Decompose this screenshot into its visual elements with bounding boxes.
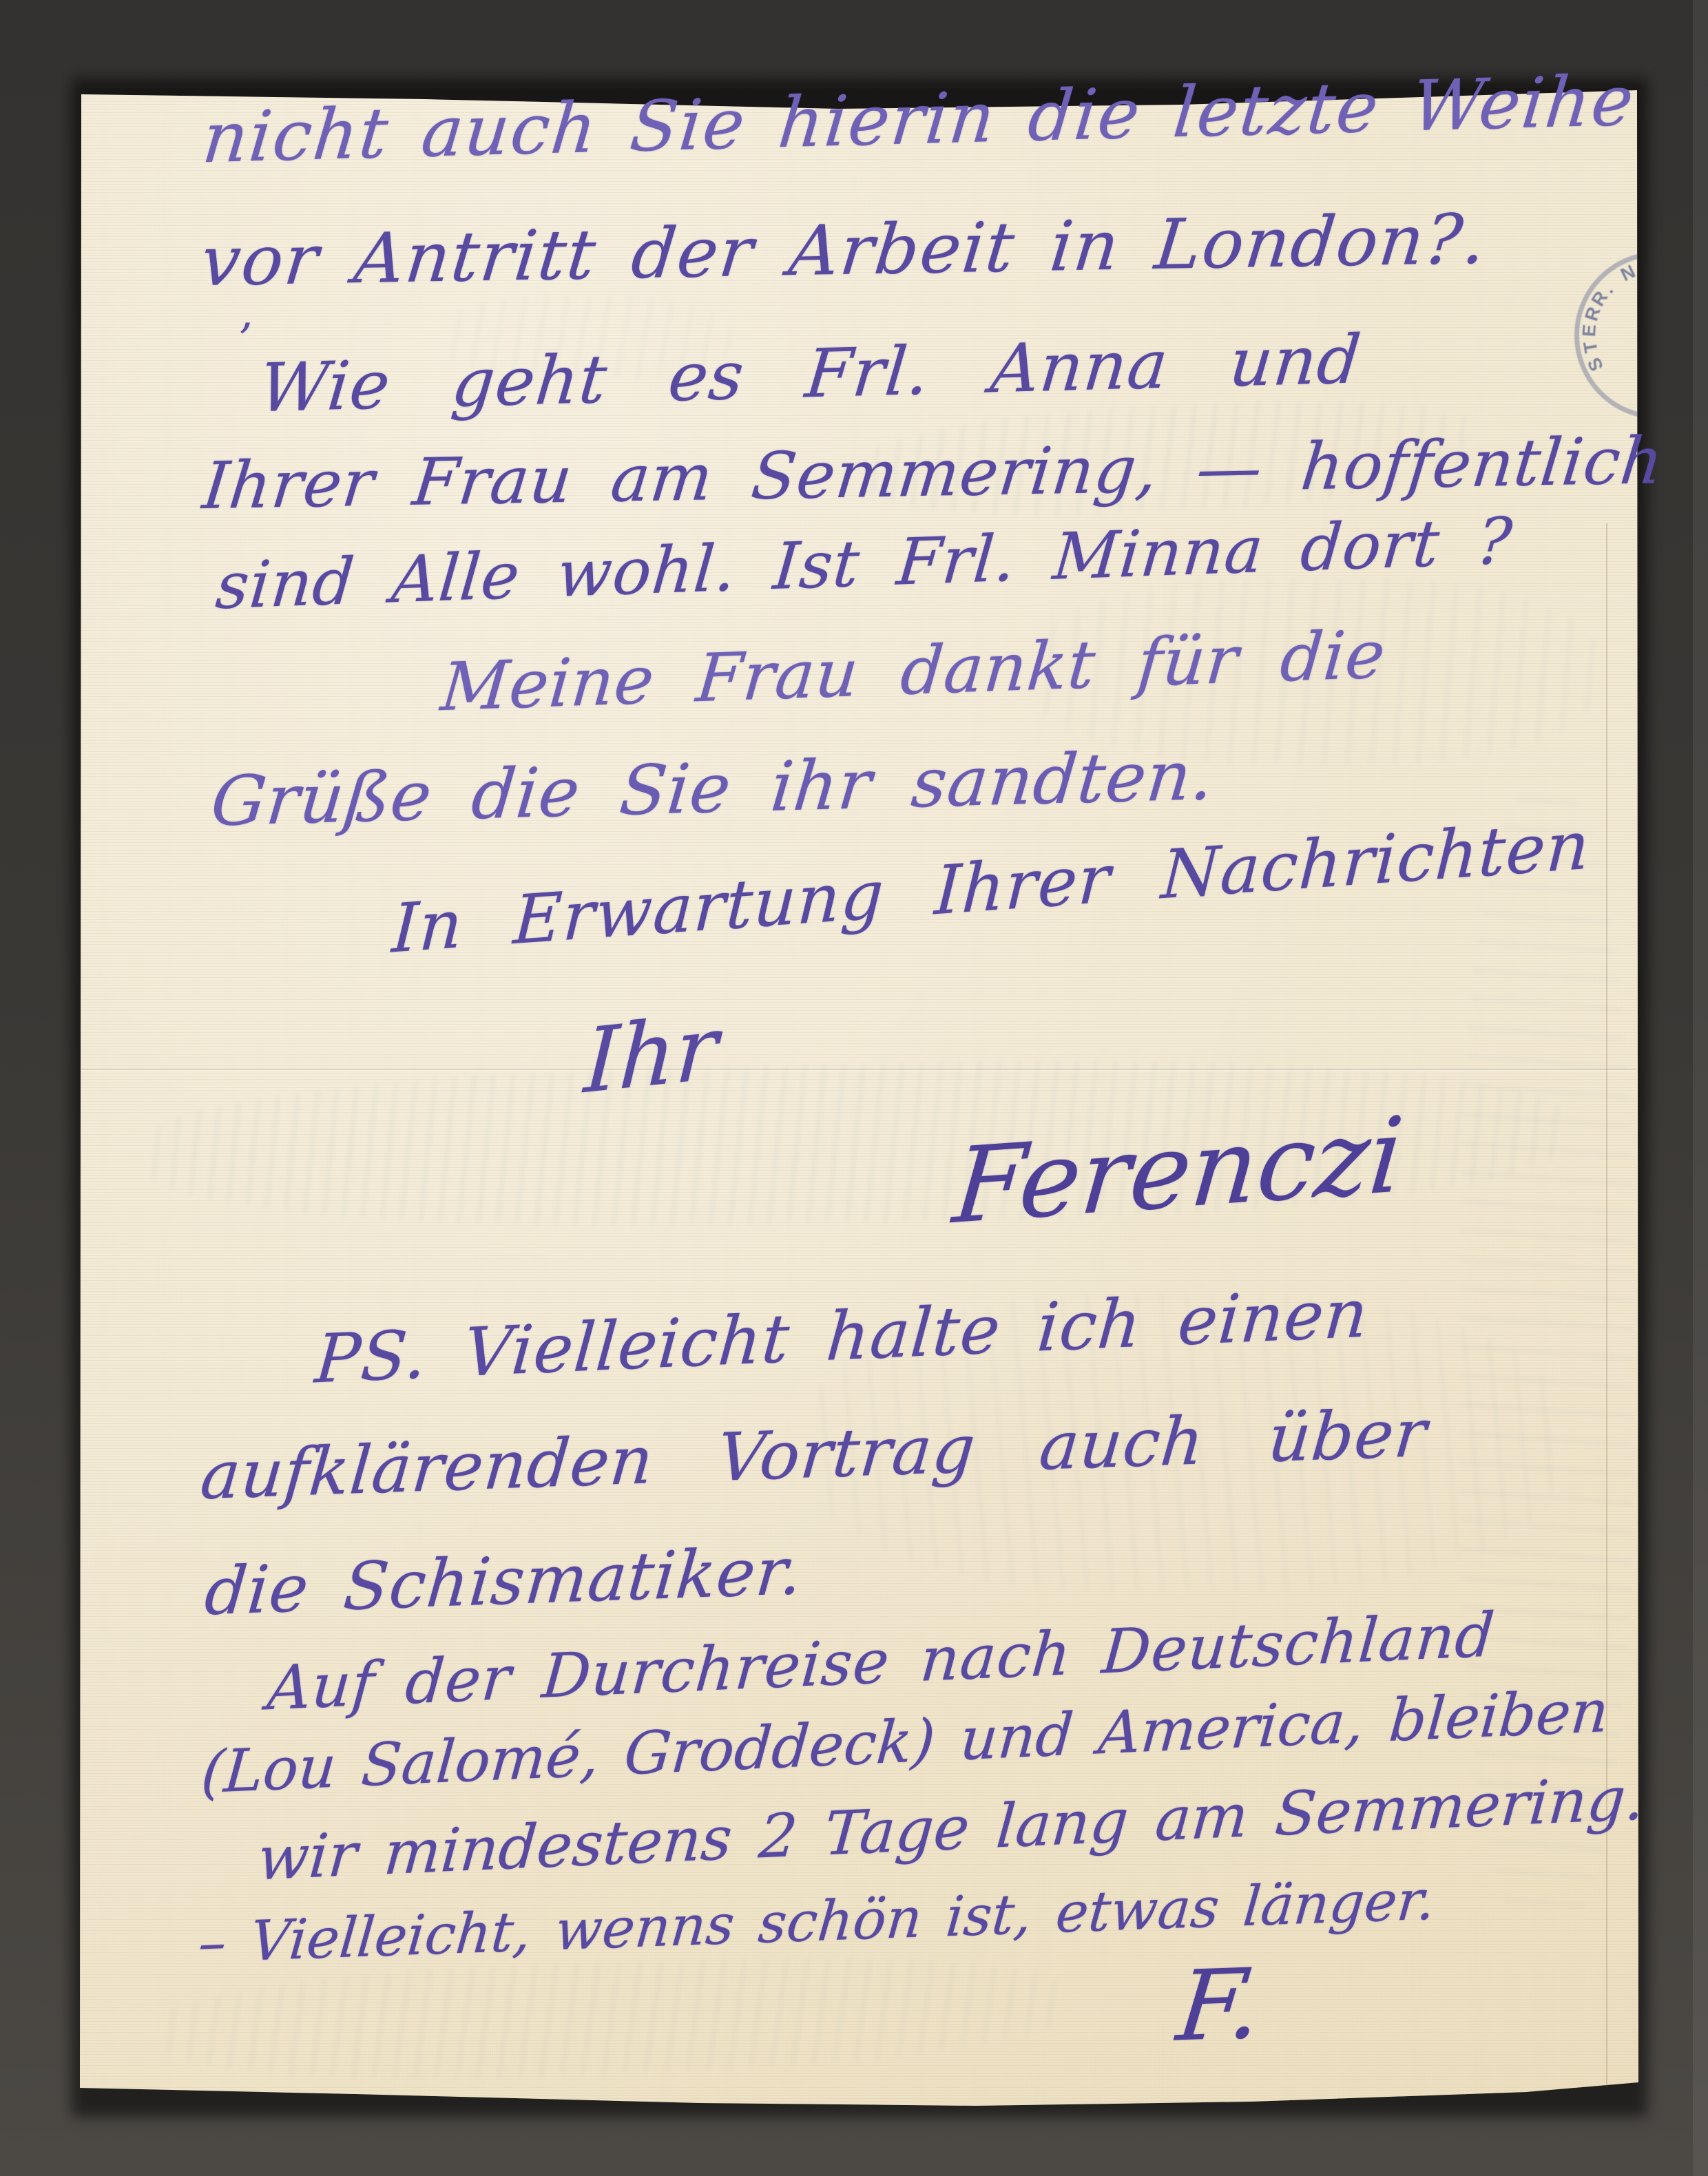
letter-line: vor Antritt der Arbeit in London?. — [198, 205, 1490, 296]
scan-edge-strip — [1693, 0, 1708, 2176]
scan-stage: STERR.NA ’ nicht auch Sie hierin die let… — [0, 0, 1708, 2176]
fold-edge-right — [1606, 523, 1607, 2086]
paragraph-mark: ’ — [238, 318, 252, 362]
signature-initial-f: F. — [1173, 1956, 1266, 2056]
letter-closing-ihr: Ihr — [582, 1004, 720, 1107]
fold-crease — [81, 1069, 1636, 1072]
stamp-letter: E — [1579, 324, 1601, 337]
signature-ferenczi: Ferenczi — [950, 1103, 1407, 1239]
